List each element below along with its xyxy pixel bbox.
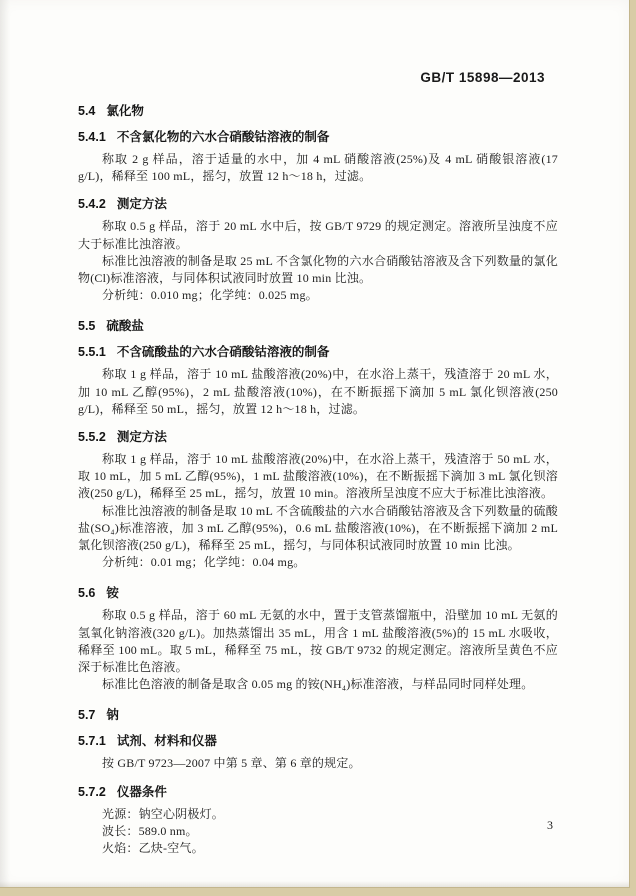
heading-number: 5.7.2 [78,785,106,799]
heading-number: 5.6 [78,586,95,600]
paragraph: 标准比浊溶液的制备是取 25 mL 不含氯化物的六水合硝酸钴溶液及含下列数量的氯… [78,253,558,287]
section-heading: 5.7钠 [78,708,558,722]
subsection-heading: 5.7.1试剂、材料和仪器 [78,734,558,748]
heading-title: 钠 [106,708,119,722]
paragraph: 按 GB/T 9723—2007 中第 5 章、第 6 章的规定。 [78,755,558,772]
section-heading: 5.4氯化物 [78,104,558,118]
paragraph: 火焰：乙炔-空气。 [78,840,558,857]
heading-title: 硫酸盐 [106,319,144,333]
document-page: GB/T 15898—2013 5.4氯化物5.4.1不含氯化物的六水合硝酸钴溶… [0,0,630,888]
paragraph: 称取 1 g 样品，溶于 10 mL 盐酸溶液(20%)中，在水浴上蒸干，残渣溶… [78,366,558,418]
heading-title: 氯化物 [106,104,144,118]
subsection-heading: 5.4.1不含氯化物的六水合硝酸钴溶液的制备 [78,130,558,144]
paragraph: 分析纯：0.01 mg；化学纯：0.04 mg。 [78,554,558,571]
section-heading: 5.6铵 [78,586,558,600]
heading-title: 测定方法 [117,197,167,211]
heading-title: 不含硫酸盐的六水合硝酸钴溶液的制备 [117,345,330,359]
page-number: 3 [547,818,553,833]
heading-title: 试剂、材料和仪器 [117,734,217,748]
paragraph: 称取 2 g 样品，溶于适量的水中，加 4 mL 硝酸溶液(25%)及 4 mL… [78,151,558,185]
section-heading: 5.5硫酸盐 [78,319,558,333]
heading-number: 5.7 [78,708,95,722]
heading-number: 5.5 [78,319,95,333]
heading-number: 5.4 [78,104,95,118]
paragraph: 波长：589.0 nm。 [78,823,558,840]
heading-title: 仪器条件 [117,785,167,799]
subsection-heading: 5.4.2测定方法 [78,197,558,211]
subsection-heading: 5.7.2仪器条件 [78,785,558,799]
subsection-heading: 5.5.1不含硫酸盐的六水合硝酸钴溶液的制备 [78,345,558,359]
heading-title: 铵 [106,586,119,600]
heading-number: 5.5.2 [78,430,106,444]
paragraph: 称取 0.5 g 样品，溶于 60 mL 无氨的水中，置于支管蒸馏瓶中，沿壁加 … [78,607,558,676]
standard-code-header: GB/T 15898—2013 [420,70,545,85]
paragraph: 分析纯：0.010 mg；化学纯：0.025 mg。 [78,287,558,304]
heading-number: 5.5.1 [78,345,106,359]
paragraph: 标准比色溶液的制备是取含 0.05 mg 的铵(NH₄)标准溶液，与样品同时同样… [78,676,558,693]
paragraph: 光源：钠空心阴极灯。 [78,806,558,823]
scanned-document-screenshot: { "page": { "header_code": "GB/T 15898—2… [0,0,636,896]
paragraph: 称取 1 g 样品，溶于 10 mL 盐酸溶液(20%)中，在水浴上蒸干，残渣溶… [78,451,558,503]
heading-title: 不含氯化物的六水合硝酸钴溶液的制备 [117,130,330,144]
heading-number: 5.7.1 [78,734,106,748]
heading-title: 测定方法 [117,430,167,444]
subsection-heading: 5.5.2测定方法 [78,430,558,444]
paragraph: 称取 0.5 g 样品，溶于 20 mL 水中后，按 GB/T 9729 的规定… [78,218,558,252]
heading-number: 5.4.1 [78,130,106,144]
paragraph: 标准比浊溶液的制备是取 10 mL 不含硫酸盐的六水合硝酸钴溶液及含下列数量的硫… [78,503,558,555]
heading-number: 5.4.2 [78,197,106,211]
document-blocks: 5.4氯化物5.4.1不含氯化物的六水合硝酸钴溶液的制备称取 2 g 样品，溶于… [78,104,558,857]
